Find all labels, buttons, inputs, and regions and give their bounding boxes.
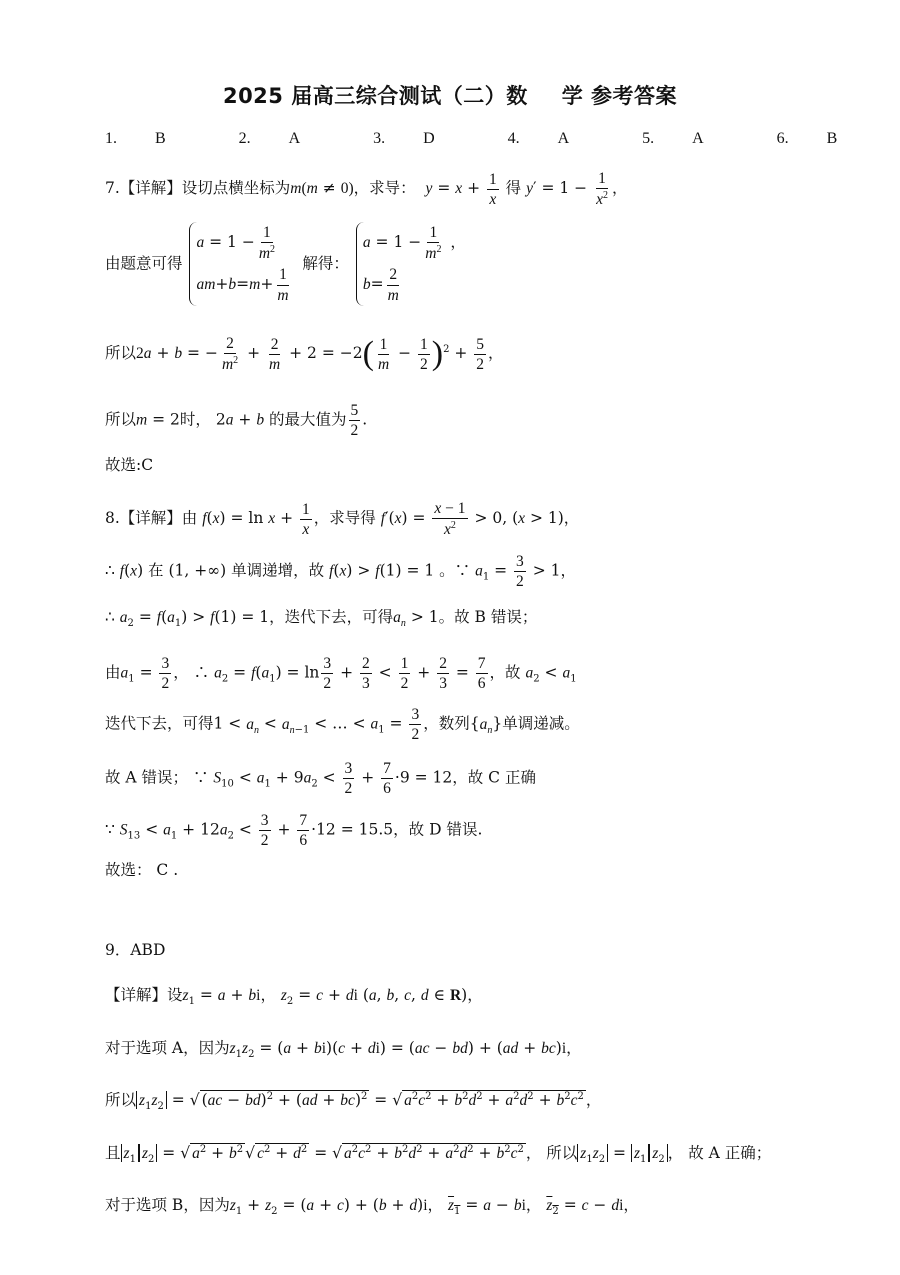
q7-line-2: 由题意可得 a = 1 − 1m2 am + b = m + 1m 解得： a … <box>105 222 466 306</box>
q9-line-3: 所以z1z2 = √(ac − bd)2 + (ad + bc)2 = √a2c… <box>105 1092 601 1112</box>
q7-line-3: 所以2a + b = −2m2 + 2m + 2 = −2(1m − 12)2 … <box>105 335 504 373</box>
q8-line-3: ∴ a2 = f(a1) > f(1) = 1，迭代下去，可得an > 1。故 … <box>105 610 537 629</box>
q8-line-6: 故 A 错误； ∵ S10 < a1 + 9a2 < 32 + 76·9 = 1… <box>105 760 536 797</box>
q7-line-4: 所以m = 2时， 2a + b 的最大值为52. <box>105 402 367 439</box>
answer-1: 1. B <box>105 131 200 147</box>
q8-line-7: ∵ S13 < a1 + 12a2 < 32 + 76·12 = 15.5，故 … <box>105 812 482 849</box>
q7-conclusion: 故选:C <box>105 458 153 474</box>
q8-line-2: ∴ f(x) 在 (1, +∞) 单调递增，故 f(x) > f(1) = 1 … <box>105 553 576 590</box>
q9-line-4: 且z1z2 = √a2 + b2√c2 + d2 = √a2c2 + b2d2 … <box>105 1145 771 1165</box>
q8-conclusion: 故选： C . <box>105 863 178 879</box>
answer-2: 2. A <box>239 131 335 147</box>
answer-6: 6. B <box>777 131 872 147</box>
q8-line-1: 8.【详解】由 f(x) = ln x + 1x，求导得 f′(x) = x −… <box>105 500 579 538</box>
document-page: 2025 届高三综合测试（二）数学 参考答案 1. B 2. A 3. D 4.… <box>0 0 900 1275</box>
q9-answer: 9．ABD <box>105 943 165 959</box>
q8-line-4: 由a1 = 32， ∴ a2 = f(a1) = ln32 + 23 < 12 … <box>105 655 577 692</box>
answer-4: 4. A <box>508 131 604 147</box>
answer-key-row: 1. B 2. A 3. D 4. A 5. A 6. B 7. C 8. C <box>105 131 900 147</box>
title-main: 2025 届高三综合测试（二）数 <box>223 84 528 108</box>
q9-option-a: 对于选项 A，因为z1z2 = (a + bi)(c + di) = (ac −… <box>105 1041 582 1060</box>
q9-option-b: 对于选项 B，因为z1 + z2 = (a + c) + (b + d)i， z… <box>105 1198 639 1217</box>
title-sub: 学 参考答案 <box>562 84 677 108</box>
q8-line-5: 迭代下去，可得1 < an < an−1 < … < a1 = 32，数列{an… <box>105 706 580 743</box>
answer-3: 3. D <box>373 131 469 147</box>
answer-5: 5. A <box>642 131 738 147</box>
q9-line-1: 【详解】设z1 = a + bi， z2 = c + di (a, b, c, … <box>105 988 483 1007</box>
q7-line-1: 7.【详解】设切点横坐标为m(m ≠ 0)，求导： y = x + 1x 得 y… <box>105 170 628 208</box>
page-title: 2025 届高三综合测试（二）数学 参考答案 <box>0 80 900 110</box>
